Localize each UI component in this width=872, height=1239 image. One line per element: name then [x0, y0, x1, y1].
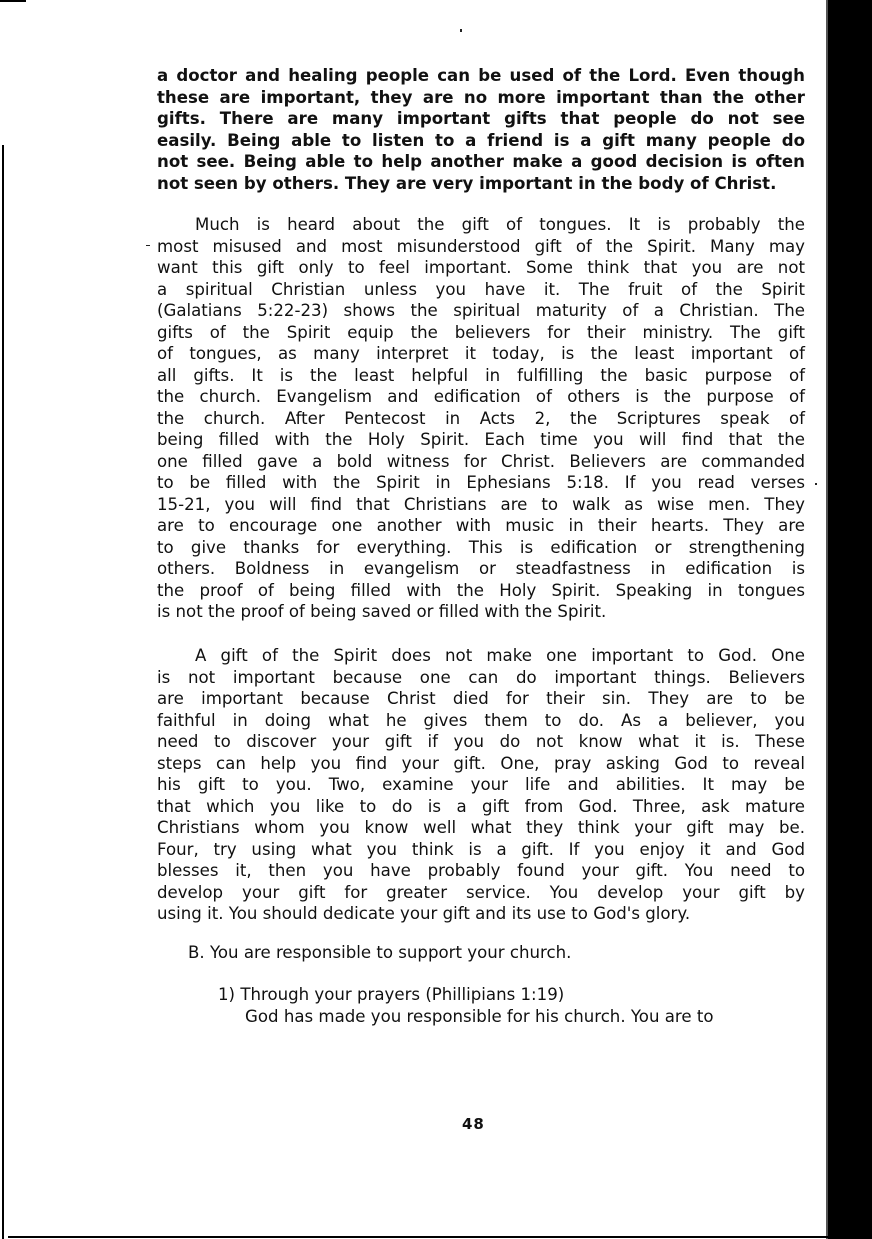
- paragraph-line: is not important because one can do impo…: [157, 667, 805, 689]
- paragraph-line: Much is heard about the gift of tongues.…: [157, 214, 805, 236]
- paragraph-line: these are important, they are no more im…: [157, 87, 805, 109]
- paragraph-line: his gift to you. Two, examine your life …: [157, 774, 805, 796]
- paragraph-line: (Galatians 5:22-23) shows the spiritual …: [157, 300, 805, 322]
- scan-edge-left: [2, 145, 4, 1239]
- scanned-page: a doctor and healing people can be used …: [0, 0, 872, 1239]
- paragraph-line: 15-21, you will find that Christians are…: [157, 494, 805, 516]
- paragraph-line: steps can help you find your gift. One, …: [157, 753, 805, 775]
- paragraph-line: one filled gave a bold witness for Chris…: [157, 451, 805, 473]
- paragraph-line: a doctor and healing people can be used …: [157, 65, 805, 87]
- section-b-label: B.: [188, 943, 205, 962]
- paragraph-line: the church. Evangelism and edification o…: [157, 386, 805, 408]
- sub-point-1-body: God has made you responsible for his chu…: [245, 1006, 800, 1028]
- paragraph-line: blesses it, then you have probably found…: [157, 860, 805, 882]
- paragraph-line: not seen by others. They are very import…: [157, 173, 805, 195]
- scan-speck: [146, 245, 150, 246]
- paragraph-line: using it. You should dedicate your gift …: [157, 903, 805, 925]
- paragraph-discover-your-gift: A gift of the Spirit does not make one i…: [157, 645, 805, 925]
- paragraph-line: others. Boldness in evangelism or steadf…: [157, 558, 805, 580]
- paragraph-line: a spiritual Christian unless you have it…: [157, 279, 805, 301]
- paragraph-line: to give thanks for everything. This is e…: [157, 537, 805, 559]
- paragraph-line: faithful in doing what he gives them to …: [157, 710, 805, 732]
- paragraph-line: most misused and most misunderstood gift…: [157, 236, 805, 258]
- scan-speck: [460, 29, 462, 32]
- paragraph-line: the church. After Pentecost in Acts 2, t…: [157, 408, 805, 430]
- paragraph-line: A gift of the Spirit does not make one i…: [157, 645, 805, 667]
- scan-edge-right: [828, 0, 872, 1239]
- paragraph-line: are to encourage one another with music …: [157, 515, 805, 537]
- paragraph-line: Four, try using what you think is a gift…: [157, 839, 805, 861]
- sub-point-1-label: 1): [218, 985, 235, 1004]
- paragraph-line: easily. Being able to listen to a friend…: [157, 130, 805, 152]
- paragraph-line: gifts of the Spirit equip the believers …: [157, 322, 805, 344]
- paragraph-line: develop your gift for greater service. Y…: [157, 882, 805, 904]
- sub-point-1-title: Through your prayers (Phillipians 1:19): [240, 985, 564, 1004]
- scan-edge-bottom: [8, 1236, 828, 1238]
- section-b-text: You are responsible to support your chur…: [210, 943, 571, 962]
- paragraph-line: the proof of being filled with the Holy …: [157, 580, 805, 602]
- paragraph-line: gifts. There are many important gifts th…: [157, 108, 805, 130]
- paragraph-line: want this gift only to feel important. S…: [157, 257, 805, 279]
- paragraph-line: to be filled with the Spirit in Ephesian…: [157, 472, 805, 494]
- paragraph-line: being filled with the Holy Spirit. Each …: [157, 429, 805, 451]
- paragraph-line: is not the proof of being saved or fille…: [157, 601, 805, 623]
- paragraph-gift-of-tongues: Much is heard about the gift of tongues.…: [157, 214, 805, 623]
- paragraph-line: all gifts. It is the least helpful in fu…: [157, 365, 805, 387]
- paragraph-line: are important because Christ died for th…: [157, 688, 805, 710]
- sub-point-1-heading: 1) Through your prayers (Phillipians 1:1…: [218, 984, 564, 1006]
- paragraph-line: need to discover your gift if you do not…: [157, 731, 805, 753]
- paragraph-line: of tongues, as many interpret it today, …: [157, 343, 805, 365]
- paragraph-line: that which you like to do is a gift from…: [157, 796, 805, 818]
- scan-edge-top: [0, 0, 26, 2]
- paragraph-line: Christians whom you know well what they …: [157, 817, 805, 839]
- section-b-heading: B. You are responsible to support your c…: [188, 942, 571, 964]
- page-number: 48: [462, 1115, 485, 1133]
- paragraph-gifts-unseen: a doctor and healing people can be used …: [157, 65, 805, 194]
- paragraph-line: not see. Being able to help another make…: [157, 151, 805, 173]
- scan-speck: [815, 483, 817, 485]
